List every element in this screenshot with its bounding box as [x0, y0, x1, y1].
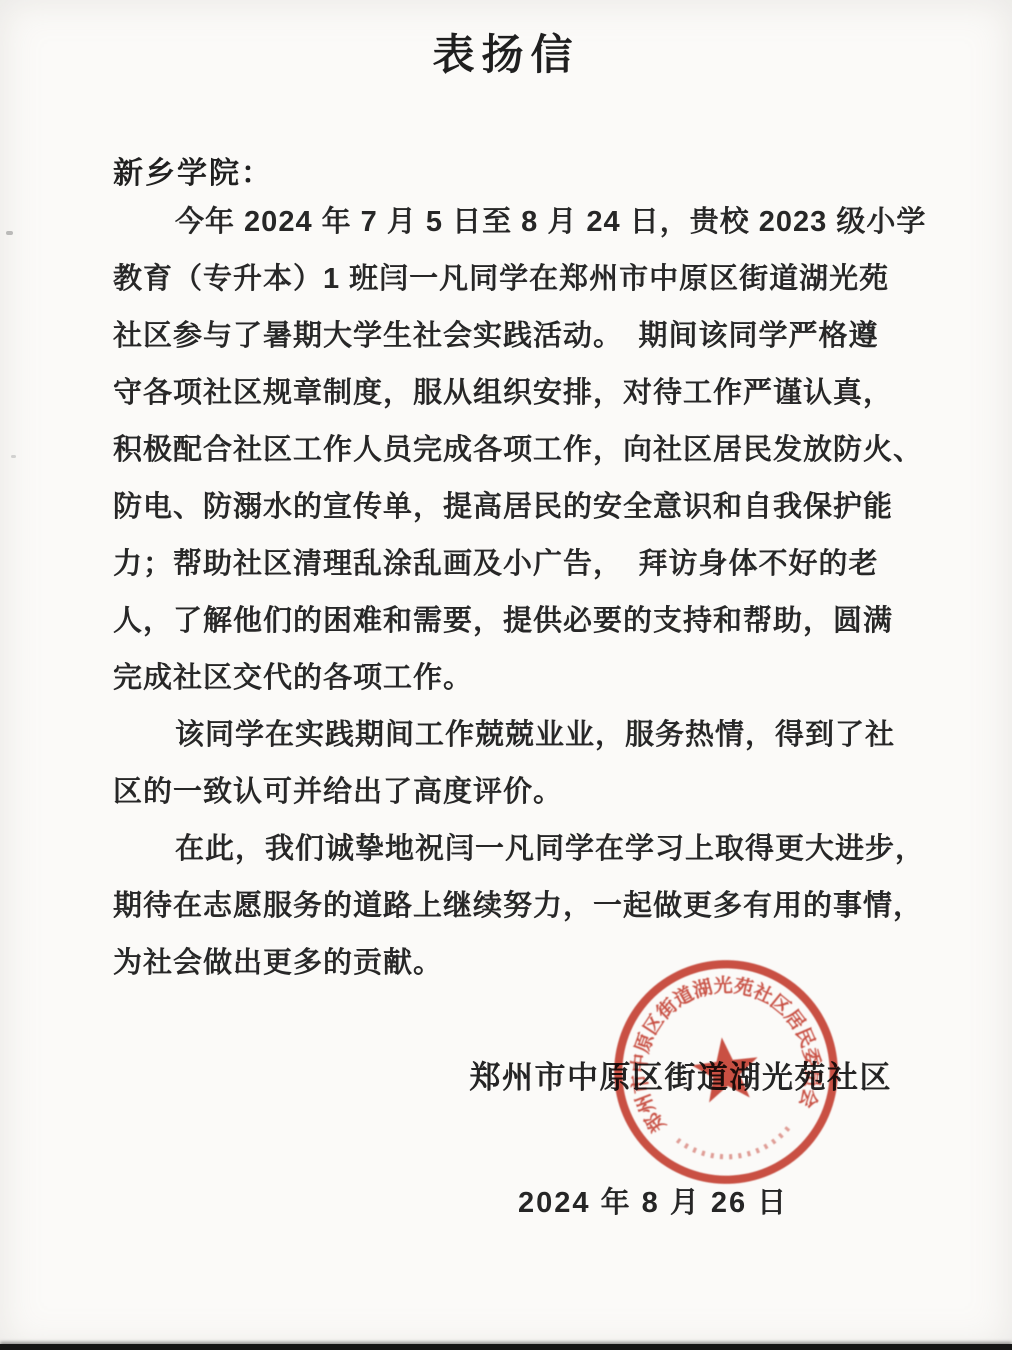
scan-edge-bar: [0, 1344, 1012, 1350]
letter-title: 表扬信: [0, 22, 1012, 82]
body-line: 今年 2024 年 7 月 5 日至 8 月 24 日，贵校 2023 级小学: [113, 194, 918, 251]
body-line: 该同学在实践期间工作兢兢业业，服务热情，得到了社: [113, 707, 918, 764]
body-line: 防电、防溺水的宣传单，提高居民的安全意识和自我保护能: [113, 479, 918, 536]
body-line: 教育（专升本）1 班闫一凡同学在郑州市中原区街道湖光苑: [113, 251, 918, 308]
body-line: 力；帮助社区清理乱涂乱画及小广告， 拜访身体不好的老: [113, 536, 918, 593]
body-line: 守各项社区规章制度，服从组织安排，对待工作严谨认真，: [113, 365, 918, 422]
letter-page: 表扬信 新乡学院： 今年 2024 年 7 月 5 日至 8 月 24 日，贵校…: [0, 0, 1012, 1350]
body-line: 社区参与了暑期大学生社会实践活动。 期间该同学严格遵: [113, 308, 918, 365]
letter-body: 今年 2024 年 7 月 5 日至 8 月 24 日，贵校 2023 级小学 …: [113, 194, 918, 992]
body-line: 期待在志愿服务的道路上继续努力，一起做更多有用的事情，: [113, 878, 918, 935]
body-line: 人，了解他们的困难和需要，提供必要的支持和帮助，圆满: [113, 593, 918, 650]
salutation: 新乡学院：: [113, 148, 273, 192]
official-red-seal-icon: 郑州市中原区街道湖光苑社区居民委员会: [594, 940, 857, 1203]
seal-star-icon: [689, 1033, 762, 1104]
body-line: 积极配合社区工作人员完成各项工作，向社区居民发放防火、: [113, 422, 918, 479]
body-line: 完成社区交代的各项工作。: [113, 650, 918, 707]
body-line: 区的一致认可并给出了高度评价。: [113, 764, 918, 821]
body-line: 在此，我们诚挚地祝闫一凡同学在学习上取得更大进步，: [113, 821, 918, 878]
seal-serial-dots: [677, 1126, 792, 1163]
